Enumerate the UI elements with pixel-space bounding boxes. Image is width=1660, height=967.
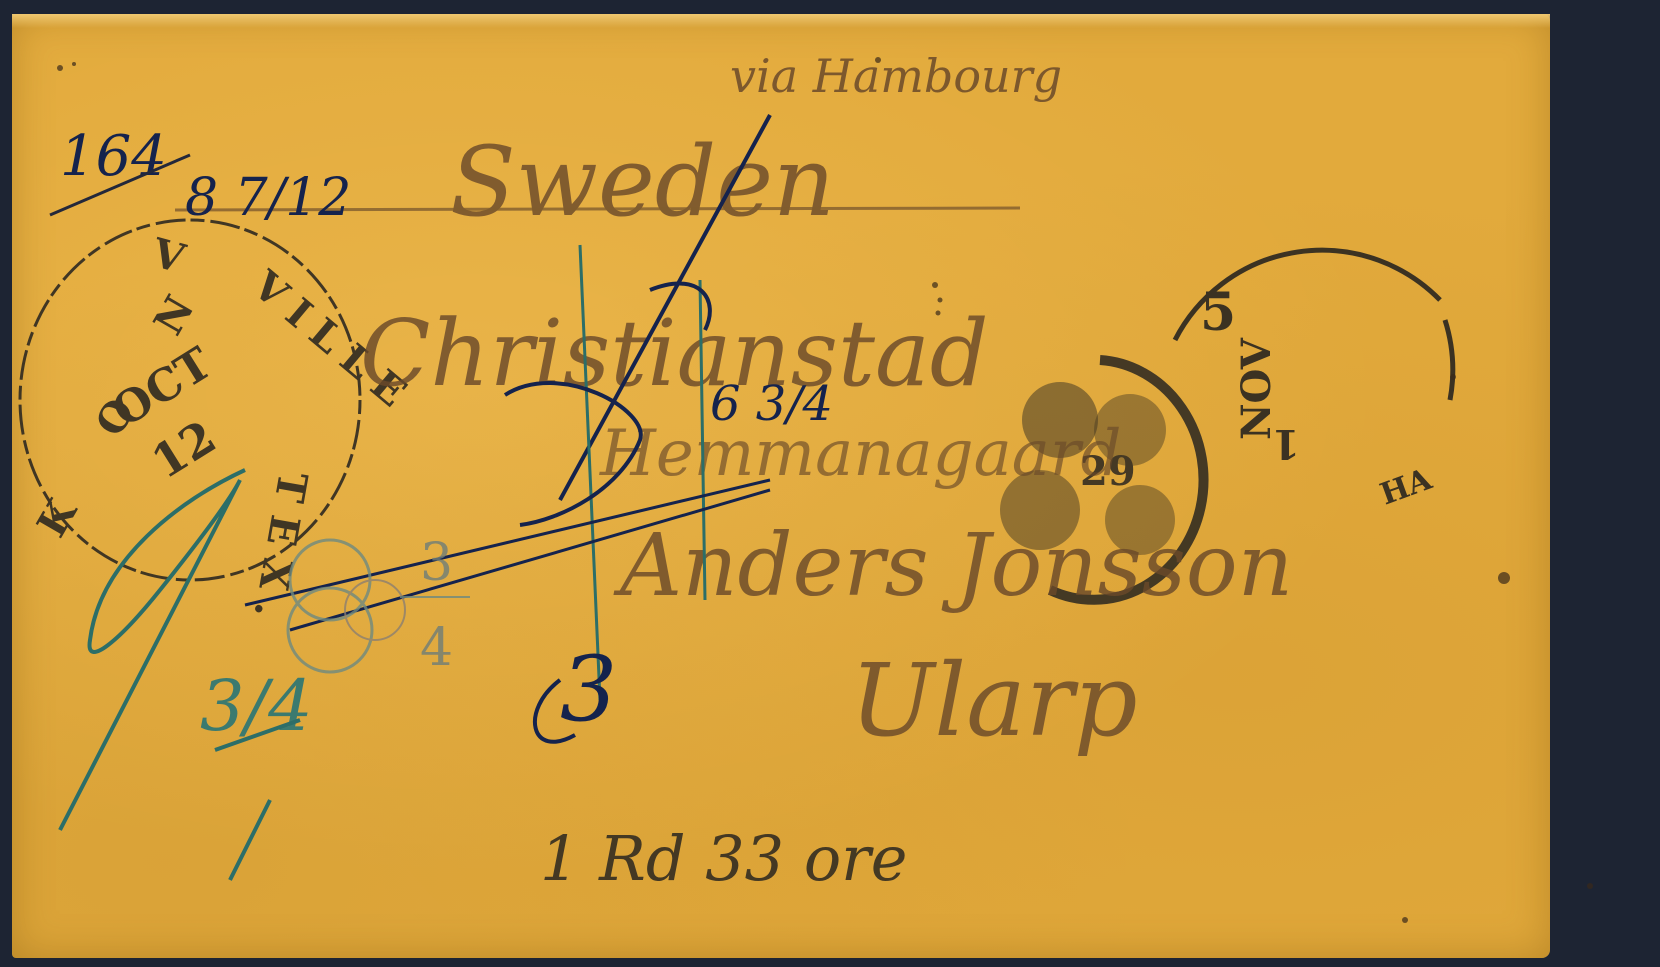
fraction-numerator: 3 [420, 533, 453, 593]
center-rate-lower: 3 [560, 637, 617, 742]
rate-number: 164 [60, 124, 167, 189]
fraction-denominator: 4 [420, 618, 453, 678]
address-town: Christianstad [360, 300, 989, 407]
route-note: via Hambourg [730, 49, 1062, 103]
address-name: Anders Jonsson [613, 516, 1293, 616]
left-postmark: V VILLE TEX. K O N OCT 12 [20, 220, 424, 635]
rate-fraction: 8 7/12 [185, 168, 351, 228]
address-country: Sweden [450, 126, 835, 238]
right-postmark: 5 NOV 1 HA [1175, 250, 1453, 512]
address-village: Ularp [850, 642, 1138, 759]
top-left-rate: 164 8 7/12 [50, 124, 351, 228]
center-rate-fraction: 6 3/4 [710, 376, 833, 432]
postmark-partial: HA [1376, 462, 1437, 513]
bottom-rate-note: 1 Rd 33 ore [540, 822, 908, 895]
cover-markings: via Hambourg V VILLE TEX. K O N OCT 12 5… [0, 0, 1660, 967]
postmark-day: 1 [1272, 420, 1300, 467]
address-farm: Hemmanagaard [599, 417, 1121, 491]
postmark-number: 5 [1200, 282, 1236, 343]
